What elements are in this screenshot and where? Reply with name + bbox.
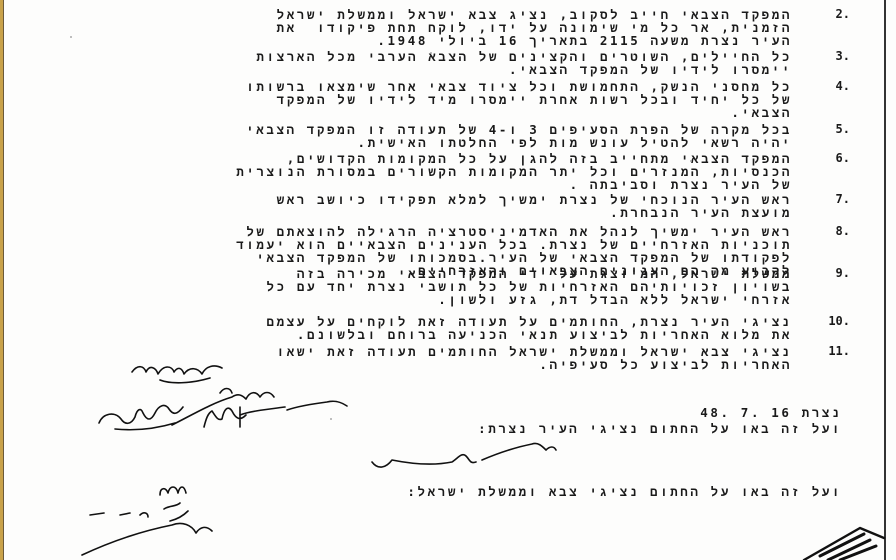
clause-number: 3. [836, 50, 850, 63]
clause-3: 3.כל החיילים, השוטרים והקצינים של הצבא ה… [256, 50, 792, 76]
clause-line: העיר נצרת משעה 2115 בתאריך 16 ביולי 1948… [277, 34, 792, 47]
clause-2: 2.המפקד הצבאי חייב לסקוב, נציג צבא ישראל… [277, 8, 792, 47]
clause-line: של כל יחיד ובכל רשות אחרת יימסרו מיד ליד… [246, 93, 792, 106]
clause-line: יימסרו לידיו של המפקד הצבאי. [256, 63, 792, 76]
clause-5: 5.בכל מקרה של הפרת הסעיפים 3 ו-4 של תעוד… [246, 123, 792, 149]
clause-number: 4. [836, 80, 850, 93]
clause-number: 8. [836, 225, 850, 238]
page-edge-right [884, 0, 886, 560]
clause-line: הצבאי. [246, 106, 792, 119]
clause-line: את מלוא האחריות לביצוע תנאי הכניעה ברוחם… [266, 328, 792, 341]
clause-4: 4.כל מחסני הנשק, התחמושת וכל ציוד צבאי א… [246, 80, 792, 119]
clause-number: 6. [836, 152, 850, 165]
clause-11: 11.נציגי צבא ישראל וממשלת ישראל החותמים … [277, 345, 792, 371]
clause-line: האחריות לביצוע כל סעיפיה. [277, 358, 792, 371]
signature-hebrew-block [80, 485, 230, 560]
official-stamp [800, 520, 884, 560]
signature-arabic-4 [200, 403, 250, 433]
signed-by-army-line: ועל זה באו על החתום נציגי צבא וממשלת ישר… [407, 484, 842, 500]
page-edge-left-line [3, 0, 4, 560]
signature-arabic-3 [95, 405, 190, 435]
clause-10: 10.נציגי העיר נצרת, החותמים על תעודה זאת… [266, 315, 792, 341]
signed-by-city-line: ועל זה באו על החתום נציגי העיר נצרת: [478, 421, 842, 437]
clause-number: 10. [828, 315, 850, 328]
clause-9: 9.ממשלת ישראל, המיוצגת על ידי המפקד הצבא… [267, 267, 792, 306]
signature-underline-mark [285, 398, 355, 418]
clause-line: מועצת העיר הנבחרת. [277, 206, 792, 219]
clause-number: 5. [836, 123, 850, 136]
signature-hebrew-1 [480, 440, 560, 465]
signature-arabic-1 [130, 358, 240, 388]
date-line: נצרת 16 .7 .48 [700, 405, 842, 421]
clause-line: של העיר נצרת וסביבתה . [236, 178, 792, 191]
clause-number: 2. [836, 8, 850, 21]
clause-number: 7. [836, 193, 850, 206]
signature-arabic-5 [370, 448, 480, 473]
clause-6: 6.המפקד הצבאי מתחייב בזה להגן על כל המקו… [236, 152, 792, 191]
clause-line: אזרחי ישראל ללא הבדל דת, גזע ולשון. [267, 293, 792, 306]
clause-7: 7.ראש העיר הנוכחי של נצרת ימשיך למלא תפק… [277, 193, 792, 219]
clause-number: 11. [828, 345, 850, 358]
clause-line: יהיה רשאי להטיל עונש מות לפי החלטתו האיש… [246, 136, 792, 149]
scanned-document-page: 2.המפקד הצבאי חייב לסקוב, נציג צבא ישראל… [0, 0, 896, 560]
clause-number: 9. [836, 267, 850, 280]
